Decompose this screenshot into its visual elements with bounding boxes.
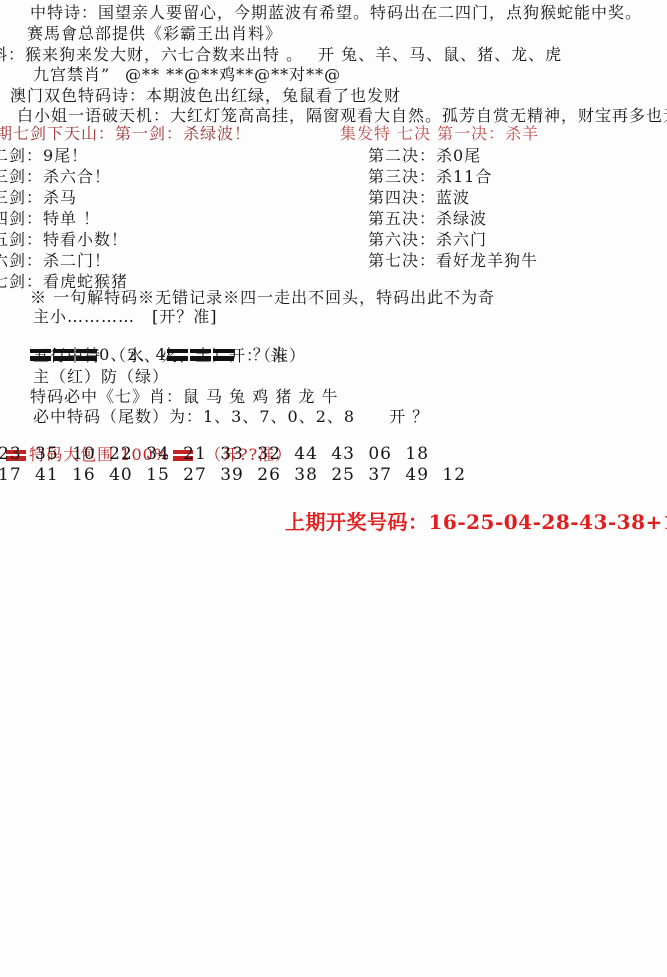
provider-line: 赛馬會总部提供《彩霸王出肖料》 xyxy=(27,24,282,44)
sword-item: 四剑：特单 ！ xyxy=(0,208,128,229)
dec-item: 第二决：杀0尾 xyxy=(368,145,538,166)
dec-header-right: 集发特 七决 第一决：杀羊 xyxy=(340,124,539,144)
xiao-line-right: 开 兔、羊、马、鼠、猪、龙、虎 xyxy=(318,45,562,65)
numbers-row-1: 23 35 10 22 34 21 33 32 44 43 06 18 xyxy=(0,444,429,464)
jiugong-code: @** **@**鸡**@**对**@ xyxy=(125,65,341,85)
sword-list: 二剑：9尾！ 三剑：杀六合！ 三剑：杀马 四剑：特单 ！ 五剑：特看小数！ 六剑… xyxy=(0,145,128,292)
dec-item: 第三决：杀11合 xyxy=(368,166,538,187)
dec-item: 第五决：杀绿波 xyxy=(368,208,538,229)
macau-poem-line: 澳门双色特码诗：本期波色出红绿，兔鼠看了也发财 xyxy=(10,86,401,106)
sword-item: 二剑：9尾！ xyxy=(0,145,128,166)
weishu-line: 必中特码（尾数）为：1、3、7、0、2、8 开 ？ xyxy=(33,407,429,427)
dec-list: 第二决：杀0尾 第三决：杀11合 第四决：蓝波 第五决：杀绿波 第六决：杀六门 … xyxy=(368,145,538,271)
poem-line: 中特诗：国望亲人要留心，今期蓝波有希望。特码出在二四门，点狗猴蛇能中奖。 xyxy=(30,3,642,23)
zhu-xiao-line: 主小………… [开？准] xyxy=(33,307,218,327)
sword-item: 五剑：特看小数！ xyxy=(0,229,128,250)
dec-item: 第六决：杀六门 xyxy=(368,229,538,250)
xiao-line-left: 料：猴来狗来发大财，六七合数来出特 。 xyxy=(0,45,303,65)
wuxing-line: 五行中特 （水、火、土）开：（准） xyxy=(33,346,306,366)
sword-item: 三剑：杀马 xyxy=(0,187,128,208)
sword-item: 三剑：杀六合！ xyxy=(0,166,128,187)
jiugong-label: 九宫禁肖” xyxy=(33,65,110,85)
numbers-row-2: 17 41 16 40 15 27 39 26 38 25 37 49 12 xyxy=(0,465,466,485)
dec-item: 第七决：看好龙羊狗牛 xyxy=(368,250,538,271)
note-line: ※ 一句解特码※无错记录※四一走出不回头，特码出此不为奇 xyxy=(30,288,495,308)
last-draw-line: 上期开奖号码：16-25-04-28-43-38+17 xyxy=(285,512,667,532)
zhu-fang-line: 主（红）防（绿） xyxy=(33,367,169,387)
sword-header-left: 期七剑下天山：第一剑：杀绿波！ xyxy=(0,124,251,144)
dec-item: 第四决：蓝波 xyxy=(368,187,538,208)
baixiaojie-line: 白小姐一语破天机：大红灯笼高高挂，隔窗观看大自然。孤芳自赏无精神，财宝再多也无用 xyxy=(17,106,667,126)
sword-item: 六剑：杀二门！ xyxy=(0,250,128,271)
qixiao-line: 特码必中《七》肖：鼠 马 兔 鸡 猪 龙 牛 xyxy=(30,387,339,407)
